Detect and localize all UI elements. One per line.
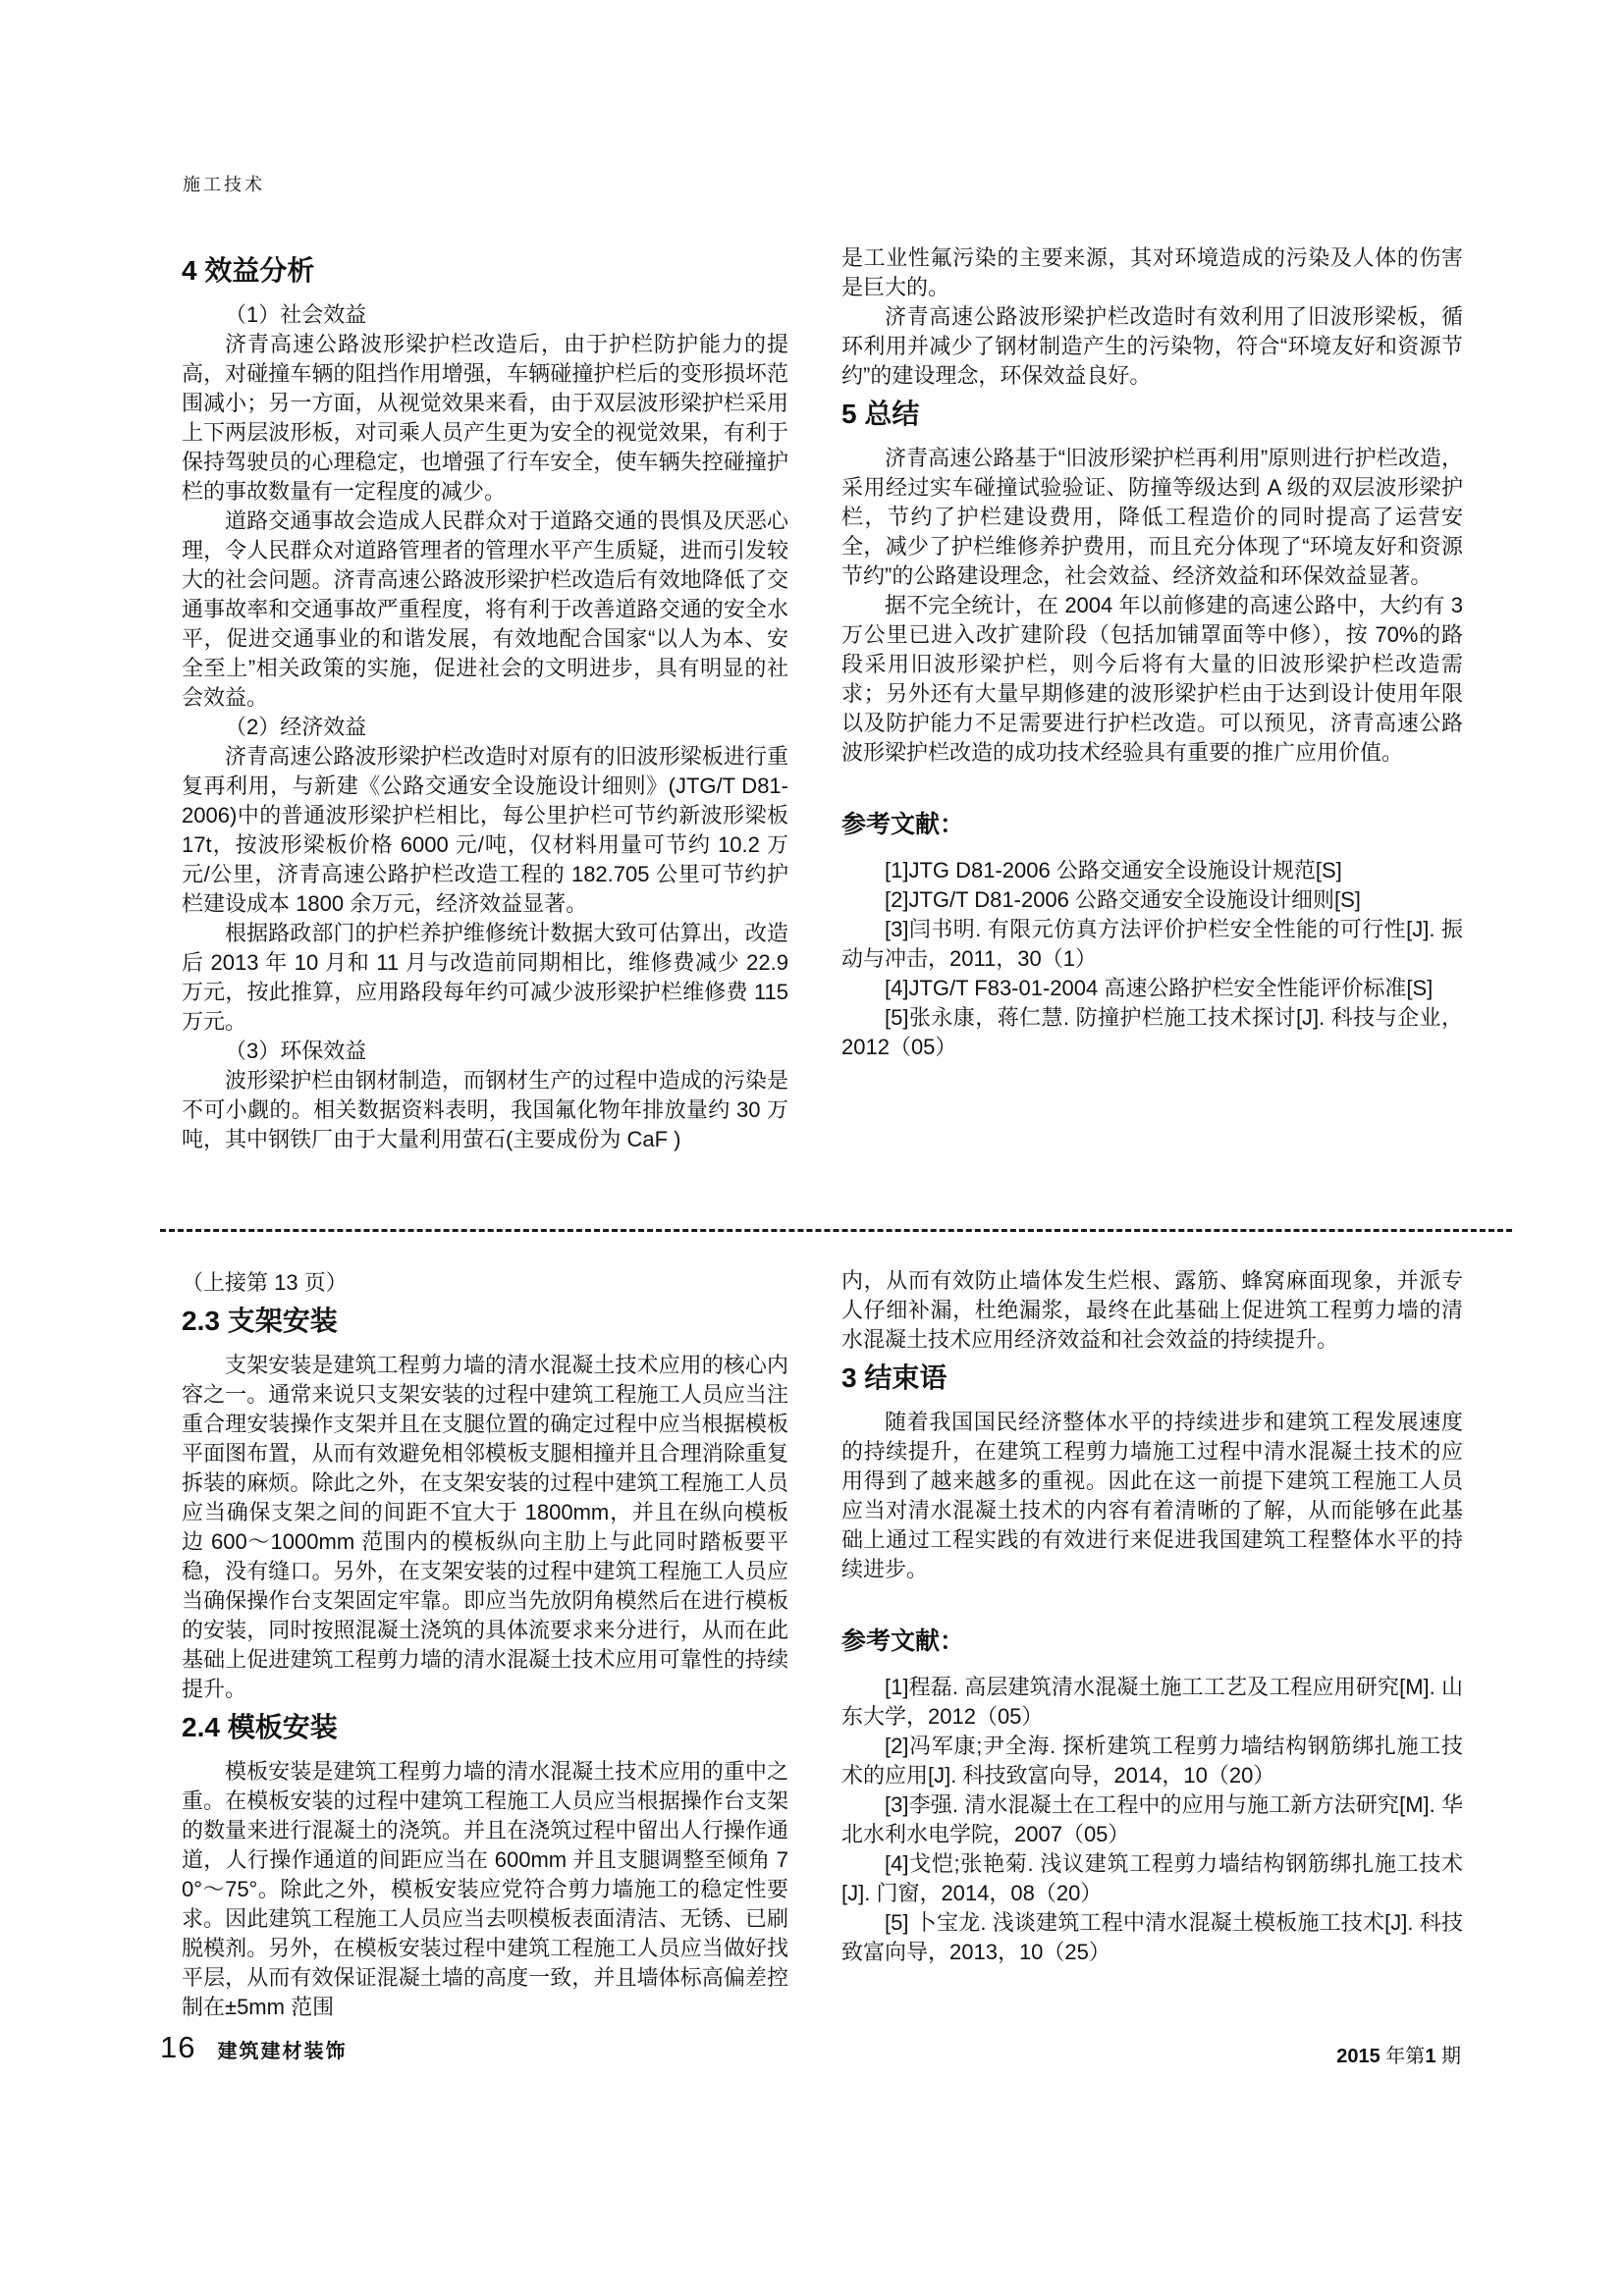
paragraph: 随着我国国民经济整体水平的持续进步和建筑工程发展速度的持续提升，在建筑工程剪力墙…: [841, 1408, 1463, 1584]
paragraph-continuation: 内，从而有效防止墙体发生烂根、露筋、蜂窝麻面现象，并派专人仔细补漏，杜绝漏浆，最…: [841, 1266, 1463, 1355]
references-heading: 参考文献：: [841, 809, 1463, 840]
page-number: 16: [160, 2030, 195, 2065]
top-article-right-column: 是工业性氟污染的主要来源，其对环境造成的污染及人体的伤害是巨大的。 济青高速公路…: [841, 243, 1463, 1062]
section-heading-formwork-installation: 2.4 模板安装: [182, 1710, 788, 1745]
page-footer-left: 16 建筑建材装饰: [160, 2030, 347, 2065]
paragraph: 模板安装是建筑工程剪力墙的清水混凝土技术应用的重中之重。在模板安装的过程中建筑工…: [182, 1757, 788, 2022]
journal-name: 建筑建材装饰: [217, 2035, 347, 2063]
issue-year: 2015: [1336, 2046, 1380, 2067]
reference-item: [1]程磊. 高层建筑清水混凝土施工工艺及工程应用研究[M]. 山东大学，201…: [841, 1673, 1463, 1732]
subheading-economic-benefit: （2）经济效益: [182, 713, 788, 742]
article-divider-dashed-line: [160, 1229, 1512, 1232]
journal-page: 施工技术 4 效益分析 （1）社会效益 济青高速公路波形梁护栏改造后，由于护栏防…: [0, 0, 1624, 2296]
reference-item: [3]李强. 清水混凝土在工程中的应用与施工新方法研究[M]. 华北水利水电学院…: [841, 1790, 1463, 1849]
bottom-article-left-column: （上接第 13 页） 2.3 支架安装 支架安装是建筑工程剪力墙的清水混凝土技术…: [182, 1268, 788, 2022]
paragraph: 据不完全统计，在 2004 年以前修建的高速公路中，大约有 3 万公里已进入改扩…: [841, 591, 1463, 768]
subheading-environment-benefit: （3）环保效益: [182, 1037, 788, 1066]
issue-number: 1: [1425, 2046, 1435, 2067]
reference-item: [3]闫书明. 有限元仿真方法评价护栏安全性能的可行性[J]. 振动与冲击，20…: [841, 915, 1463, 974]
paragraph: 济青高速公路波形梁护栏改造后，由于护栏防护能力的提高，对碰撞车辆的阻挡作用增强，…: [182, 330, 788, 507]
running-header: 施工技术: [183, 173, 265, 196]
reference-item: [5]张永康，蒋仁慧. 防撞护栏施工技术探讨[J]. 科技与企业，2012（05…: [841, 1003, 1463, 1062]
bottom-article-right-column: 内，从而有效防止墙体发生烂根、露筋、蜂窝麻面现象，并派专人仔细补漏，杜绝漏浆，最…: [841, 1266, 1463, 1967]
reference-item: [2]冯军康;尹全海. 探析建筑工程剪力墙结构钢筋绑扎施工技术的应用[J]. 科…: [841, 1732, 1463, 1790]
reference-item: [1]JTG D81-2006 公路交通安全设施设计规范[S]: [841, 856, 1463, 885]
page-footer-right: 2015 年第1 期: [1336, 2040, 1461, 2068]
paragraph: 根据路政部门的护栏养护维修统计数据大致可估算出，改造后 2013 年 10 月和…: [182, 919, 788, 1037]
paragraph: 波形梁护栏由钢材制造，而钢材生产的过程中造成的污染是不可小觑的。相关数据资料表明…: [182, 1066, 788, 1154]
continued-from-note: （上接第 13 页）: [182, 1268, 788, 1298]
top-article-left-column: 4 效益分析 （1）社会效益 济青高速公路波形梁护栏改造后，由于护栏防护能力的提…: [182, 253, 788, 1154]
issue-label-mid: 年第: [1380, 2046, 1426, 2067]
paragraph-continuation: 是工业性氟污染的主要来源，其对环境造成的污染及人体的伤害是巨大的。: [841, 243, 1463, 302]
section-heading-summary: 5 总结: [841, 397, 1463, 432]
reference-item: [5] 卜宝龙. 浅谈建筑工程中清水混凝土模板施工技术[J]. 科技致富向导，2…: [841, 1908, 1463, 1967]
section-heading-benefit-analysis: 4 效益分析: [182, 253, 788, 289]
reference-item: [4]JTG/T F83-01-2004 高速公路护栏安全性能评价标准[S]: [841, 974, 1463, 1003]
references-heading: 参考文献：: [841, 1626, 1463, 1657]
issue-label-suffix: 期: [1435, 2046, 1461, 2067]
paragraph: 济青高速公路基于“旧波形梁护栏再利用”原则进行护栏改造，采用经过实车碰撞试验验证…: [841, 444, 1463, 591]
paragraph: 济青高速公路波形梁护栏改造时对原有的旧波形梁板进行重复再利用，与新建《公路交通安…: [182, 742, 788, 919]
section-heading-bracket-installation: 2.3 支架安装: [182, 1304, 788, 1339]
paragraph: 道路交通事故会造成人民群众对于道路交通的畏惧及厌恶心理，令人民群众对道路管理者的…: [182, 507, 788, 713]
subheading-social-benefit: （1）社会效益: [182, 300, 788, 330]
reference-item: [4]戈恺;张艳菊. 浅议建筑工程剪力墙结构钢筋绑扎施工技术[J]. 门窗，20…: [841, 1849, 1463, 1908]
reference-item: [2]JTG/T D81-2006 公路交通安全设施设计细则[S]: [841, 885, 1463, 915]
section-heading-conclusion: 3 结束语: [841, 1361, 1463, 1396]
paragraph: 济青高速公路波形梁护栏改造时有效利用了旧波形梁板，循环利用并减少了钢材制造产生的…: [841, 302, 1463, 391]
paragraph: 支架安装是建筑工程剪力墙的清水混凝土技术应用的核心内容之一。通常来说只支架安装的…: [182, 1351, 788, 1704]
